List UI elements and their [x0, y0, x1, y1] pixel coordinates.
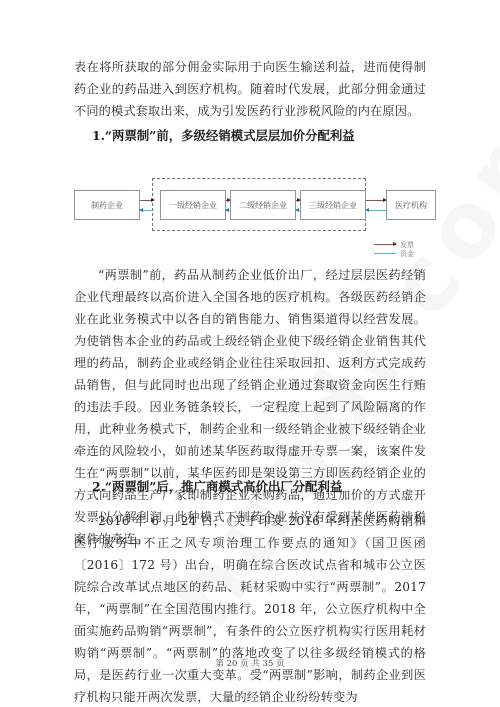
arrow-head-icon: [227, 198, 231, 202]
funds-arrow: [296, 210, 300, 211]
arrow-head-icon: [383, 198, 387, 202]
node-distributor-level-3: 三级经销企业: [300, 190, 366, 220]
document-page: huodi.com 表在将所获取的部分佣金实际用于向医生输送利益，进而使得制药企…: [0, 0, 500, 707]
node-distributor-level-1: 一级经销企业: [160, 190, 226, 220]
legend-funds-label: 资金: [400, 249, 414, 259]
invoice-arrow: [366, 200, 386, 201]
heading-section-2: 2.“两票制”后，推广商模式高价出厂分配利益: [92, 477, 342, 495]
node-pharma-company: 制药企业: [74, 190, 140, 220]
funds-arrow: [366, 210, 386, 211]
invoice-arrow: [296, 200, 300, 201]
paragraph-intro: 表在将所获取的部分佣金实际用于向医生输送利益，进而使得制药企业的药品进入到医疗机…: [74, 56, 426, 122]
arrow-head-icon: [151, 198, 155, 202]
legend-funds: 资金: [374, 249, 414, 258]
arrow-head-icon: [295, 208, 299, 212]
funds-arrow: [140, 210, 154, 211]
legend-funds-line-icon: [374, 253, 396, 254]
legend-invoice-line-icon: [374, 244, 396, 245]
node-distributor-level-2: 二级经销企业: [230, 190, 296, 220]
invoice-arrow: [140, 200, 154, 201]
diagram-legend: 发票 资金: [374, 240, 414, 258]
funds-arrow: [226, 210, 230, 211]
node-medical-institution: 医疗机构: [386, 190, 436, 220]
arrow-head-icon: [365, 208, 369, 212]
arrow-head-icon: [225, 208, 229, 212]
arrow-head-icon: [139, 208, 143, 212]
page-number-footer: 第 20 页 共 35 页: [0, 657, 500, 669]
paragraph-section-2: 2016 年 6 月 24 日，《关于印发 2016 年纠正医药购销和医疗服务中…: [74, 510, 426, 707]
invoice-arrow: [226, 200, 230, 201]
paragraph-section-1: “两票制”前，药品从制药企业低价出厂，经过层层医药经销企业代理最终以高价进入全国…: [74, 264, 426, 550]
arrow-head-icon: [297, 198, 301, 202]
distribution-flow-diagram: 制药企业 一级经销企业 二级经销企业 三级经销企业 医疗机构 发票 资金: [74, 178, 434, 268]
heading-section-1: 1.“两票制”前，多级经销模式层层加价分配利益: [92, 126, 355, 144]
